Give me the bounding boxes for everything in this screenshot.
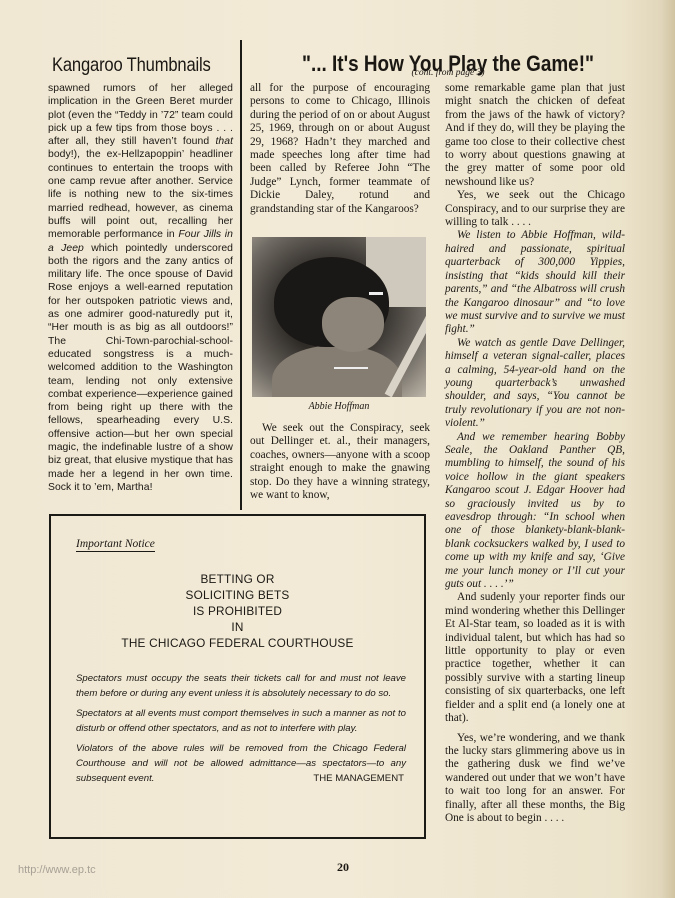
paragraph: all for the purpose of encouraging perso… (250, 82, 430, 216)
paragraph: We watch as gentle Dave Dellinger, himse… (445, 337, 625, 431)
photo-caption: Abbie Hoffman (252, 401, 426, 412)
kangaroo-thumbnails-text: spawned rumors of her alleged implicatio… (48, 82, 233, 494)
headline-line: IS PROHIBITED (51, 603, 424, 619)
notice-headline: BETTING OR SOLICITING BETS IS PROHIBITED… (51, 571, 424, 651)
page-number: 20 (337, 860, 349, 875)
paragraph: We listen to Abbie Hoffman, wild-haired … (445, 229, 625, 336)
cigarette-icon (369, 292, 383, 295)
paragraph: Yes, we seek out the Chicago Conspiracy,… (445, 189, 625, 229)
headline-line: THE CHICAGO FEDERAL COURTHOUSE (51, 635, 424, 651)
body-text: body!), the ex-Hellzapoppin’ headliner c… (48, 149, 233, 240)
paragraph: some remarkable game plan that just migh… (445, 82, 625, 189)
rule-text: Violators of the above rules will be rem… (76, 741, 406, 786)
paragraph: And we remember hearing Bobby Seale, the… (445, 431, 625, 592)
article-column-3: some remarkable game plan that just migh… (445, 82, 625, 825)
body-text: which pointedly underscored both the rig… (48, 243, 233, 493)
abbie-hoffman-photo (252, 237, 426, 397)
headline-line: BETTING OR (51, 571, 424, 587)
column-divider (240, 40, 242, 510)
photo-face (322, 297, 384, 352)
photo-shoulder (272, 345, 402, 397)
page-edge-shadow (661, 0, 675, 898)
important-notice-box: Important Notice BETTING OR SOLICITING B… (49, 514, 426, 839)
body-text: spawned rumors of her alleged implicatio… (48, 83, 233, 147)
notice-signoff: THE MANAGEMENT (313, 771, 404, 786)
paragraph: And sudenly your reporter finds our mind… (445, 591, 625, 725)
emphasis-text: that (215, 136, 233, 147)
section-title-kangaroo-thumbnails: Kangaroo Thumbnails (52, 54, 205, 77)
notice-rules: Spectators must occupy the seats their t… (76, 671, 406, 791)
paragraph: Yes, we’re wondering, and we thank the l… (445, 732, 625, 826)
headline-line: IN (51, 619, 424, 635)
article-column-2: all for the purpose of encouraging perso… (250, 82, 430, 216)
continued-note: (cont. from page 3) (258, 68, 638, 78)
paragraph: We seek out the Conspiracy, seek out Del… (250, 422, 430, 502)
photo-paper (385, 297, 426, 397)
notice-label: Important Notice (76, 538, 155, 552)
watermark-url: http://www.ep.tc (18, 864, 96, 876)
headline-line: SOLICITING BETS (51, 587, 424, 603)
cigarette-icon (334, 367, 368, 369)
rule-text: Spectators must occupy the seats their t… (76, 671, 406, 701)
rule-text: Spectators at all events must comport th… (76, 706, 406, 736)
article-column-2-continued: We seek out the Conspiracy, seek out Del… (250, 422, 430, 502)
